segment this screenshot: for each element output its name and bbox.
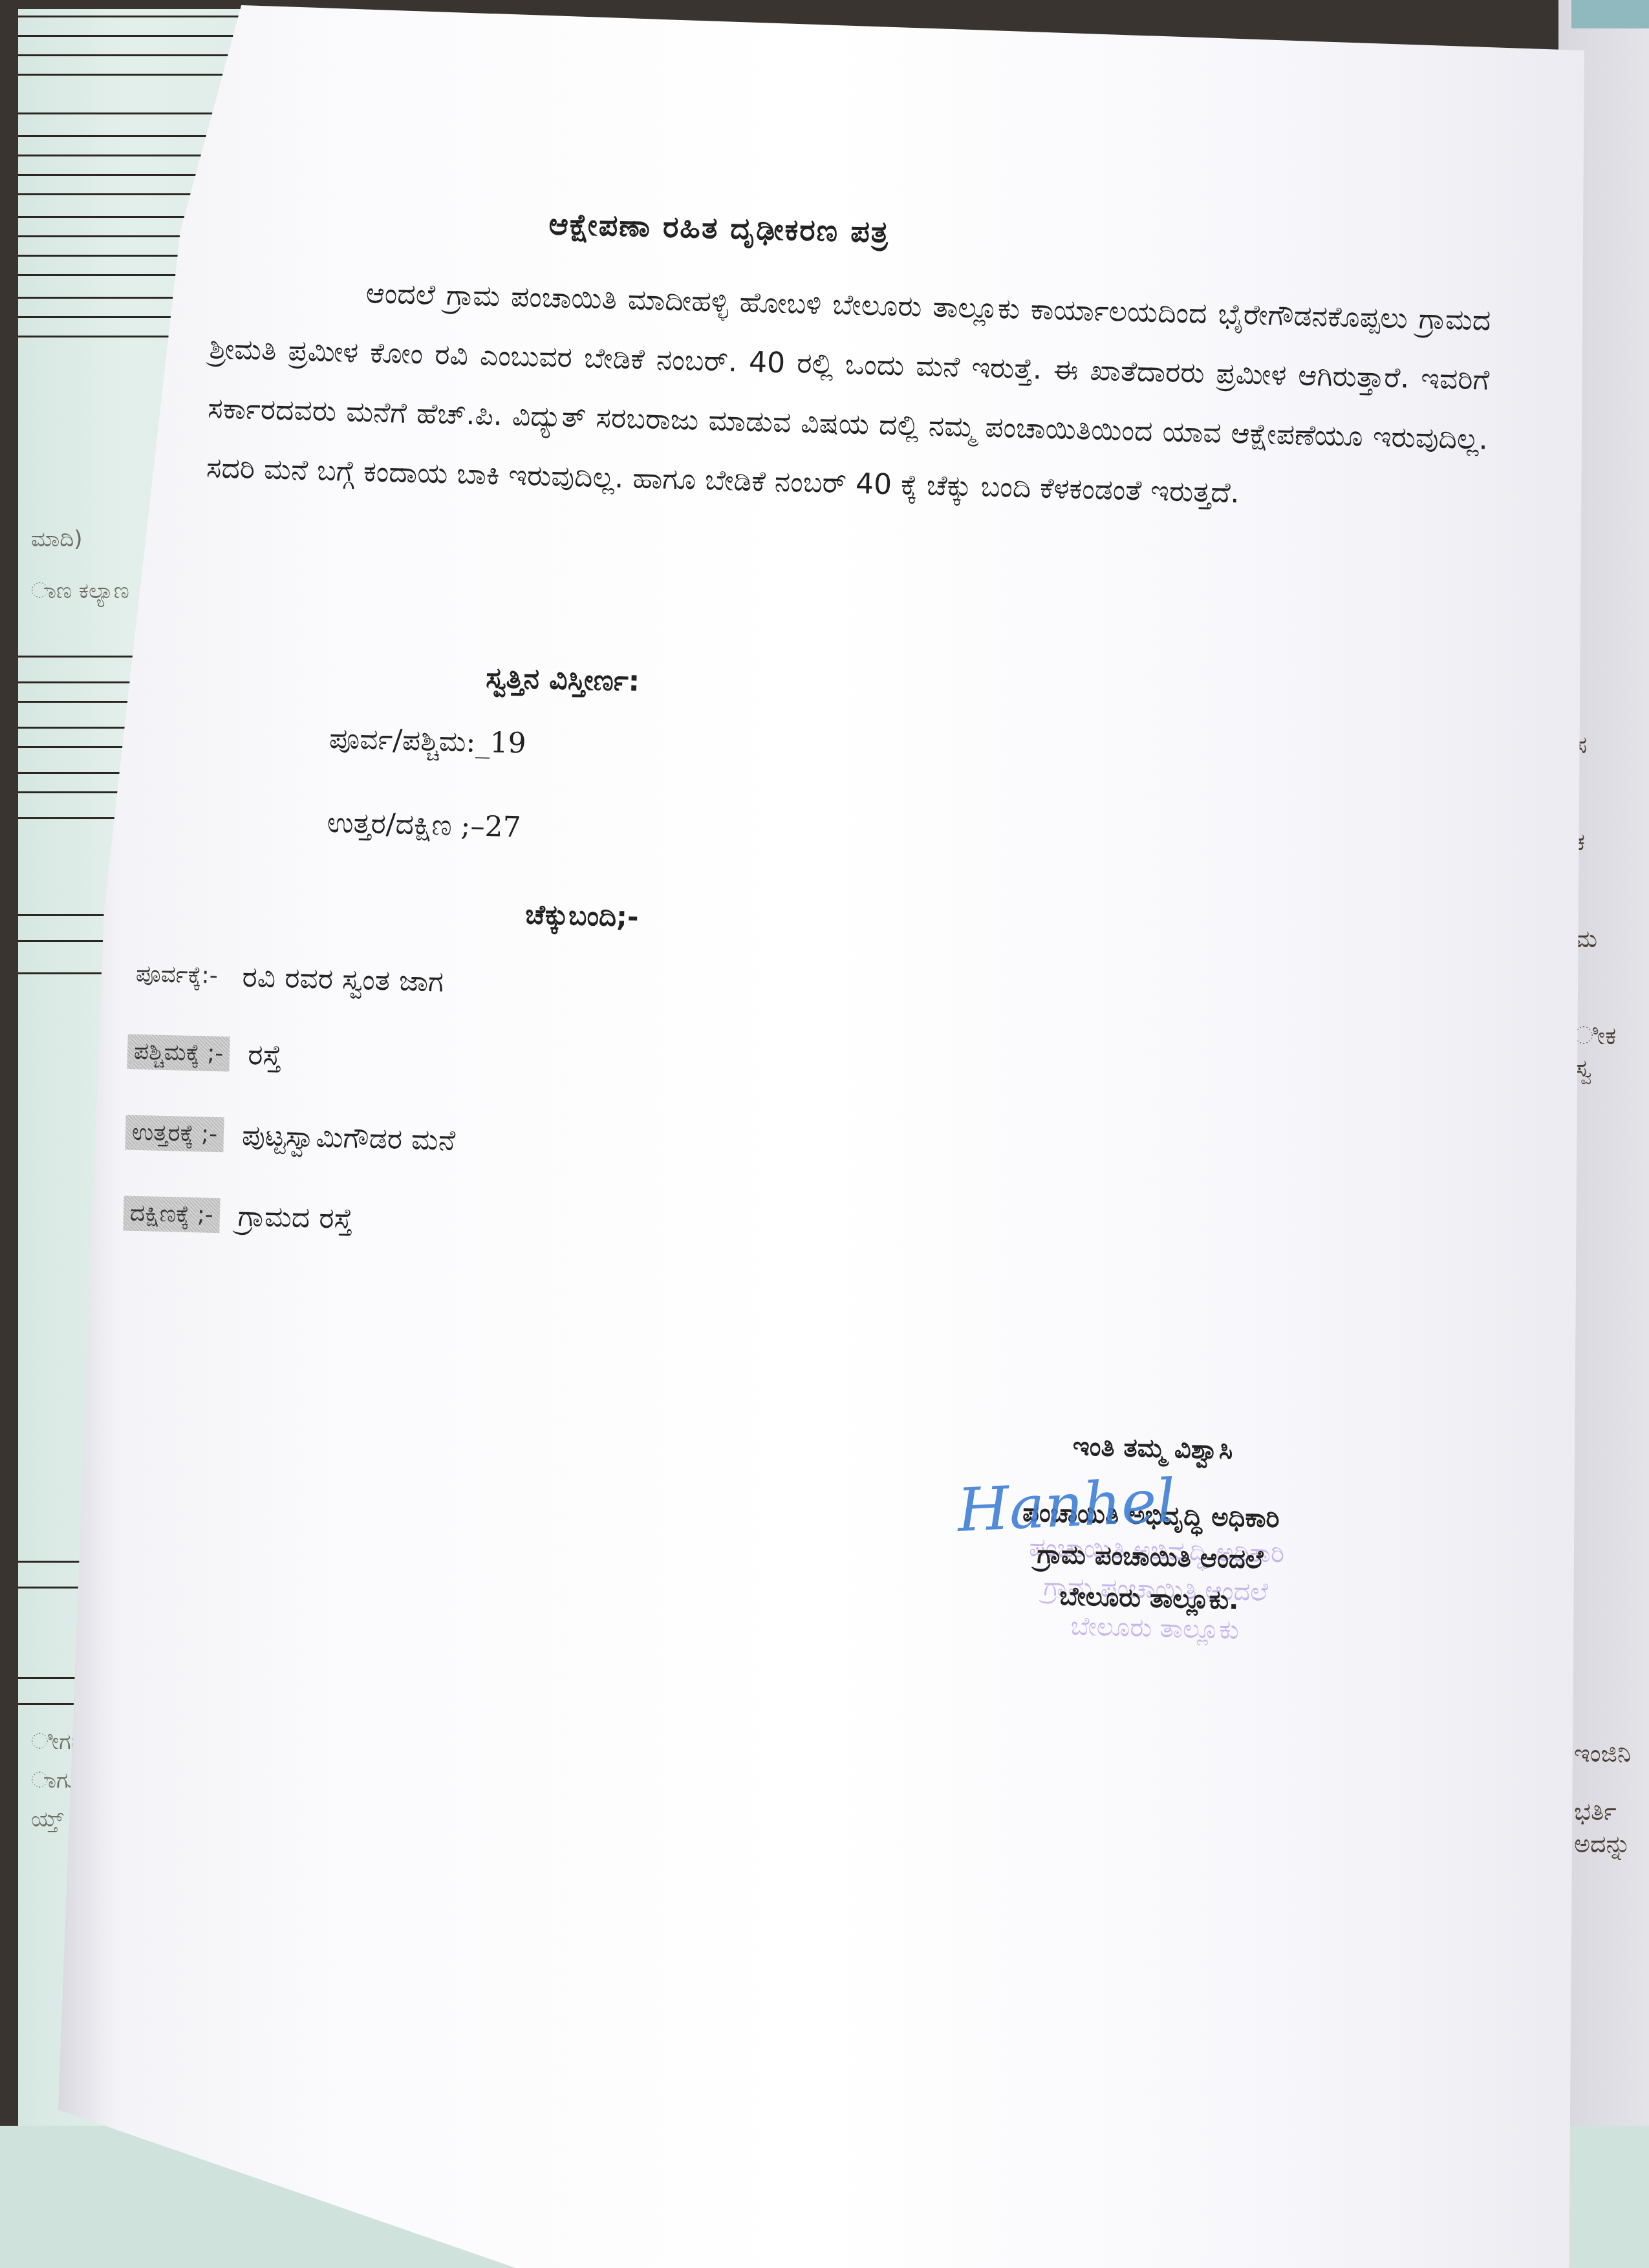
right-sheet-text: ಅದನ್ನು	[1574, 1830, 1631, 1859]
dimension-value: 27	[484, 810, 521, 844]
boundary-west: ಪಶ್ಚಿಮಕ್ಕೆ ;- ರಸ್ತೆ	[127, 1034, 282, 1073]
boundary-value: ಗ್ರಾಮದ ರಸ್ತೆ	[237, 1199, 353, 1235]
boundary-label: ಪಶ್ಚಿಮಕ್ಕೆ ;-	[127, 1034, 230, 1072]
property-area-heading: ಸ್ವತ್ತಿನ ವಿಸ್ತೀರ್ಣ:	[486, 661, 640, 698]
boundary-value: ರಸ್ತೆ	[248, 1038, 282, 1072]
handwritten-signature: Hanhel	[956, 1466, 1177, 1545]
document-body: ಆಂದಲೆ ಗ್ರಾಮ ಪಂಚಾಯಿತಿ ಮಾದೀಹಳ್ಳಿ ಹೋಬಳಿ ಬೇಲ…	[206, 260, 1491, 529]
ledger-text: ಮಾದಿ)	[31, 526, 83, 552]
right-sheet-text: ಇಂಜಿನಿ	[1574, 1739, 1631, 1768]
dimension-north-south: ಉತ್ತರ/ದಕ್ಷಿಣ ;–27	[327, 806, 521, 844]
boundaries-heading: ಚೆಕ್ಕುಬಂದಿ;-	[525, 899, 639, 934]
ledger-text: ಾಣ ಕಲ್ಯಾಣ	[31, 578, 129, 604]
boundary-label: ಉತ್ತರಕ್ಕೆ ;-	[125, 1115, 224, 1153]
dimension-label: ಉತ್ತರ/ದಕ್ಷಿಣ ;–	[327, 806, 485, 843]
right-sheet-text: ಭರ್ತಿ	[1574, 1797, 1617, 1826]
right-sheet-text: ೀಕ	[1574, 1022, 1616, 1051]
boundary-value: ರವಿ ರವರ ಸ್ವಂತ ಜಾಗ	[242, 960, 444, 998]
ledger-text: ಯ್ತ್	[31, 1806, 63, 1832]
teal-corner	[1571, 0, 1649, 28]
dimension-east-west: ಪೂರ್ವ/ಪಶ್ಚಿಮ:_19	[329, 722, 526, 760]
boundary-label: ದಕ್ಷಿಣಕ್ಕೆ ;-	[123, 1196, 220, 1234]
dimension-label: ಪೂರ್ವ/ಪಶ್ಚಿಮ:_	[329, 722, 490, 759]
boundary-south: ದಕ್ಷಿಣಕ್ಕೆ ;- ಗ್ರಾಮದ ರಸ್ತೆ	[123, 1196, 353, 1237]
boundary-label: ಪೂರ್ವಕ್ಕೆ:-	[129, 957, 224, 994]
boundary-value: ಪುಟ್ಟಸ್ವಾಮಿಗೌಡರ ಮನೆ	[242, 1118, 456, 1157]
dimension-value: 19	[490, 726, 526, 760]
